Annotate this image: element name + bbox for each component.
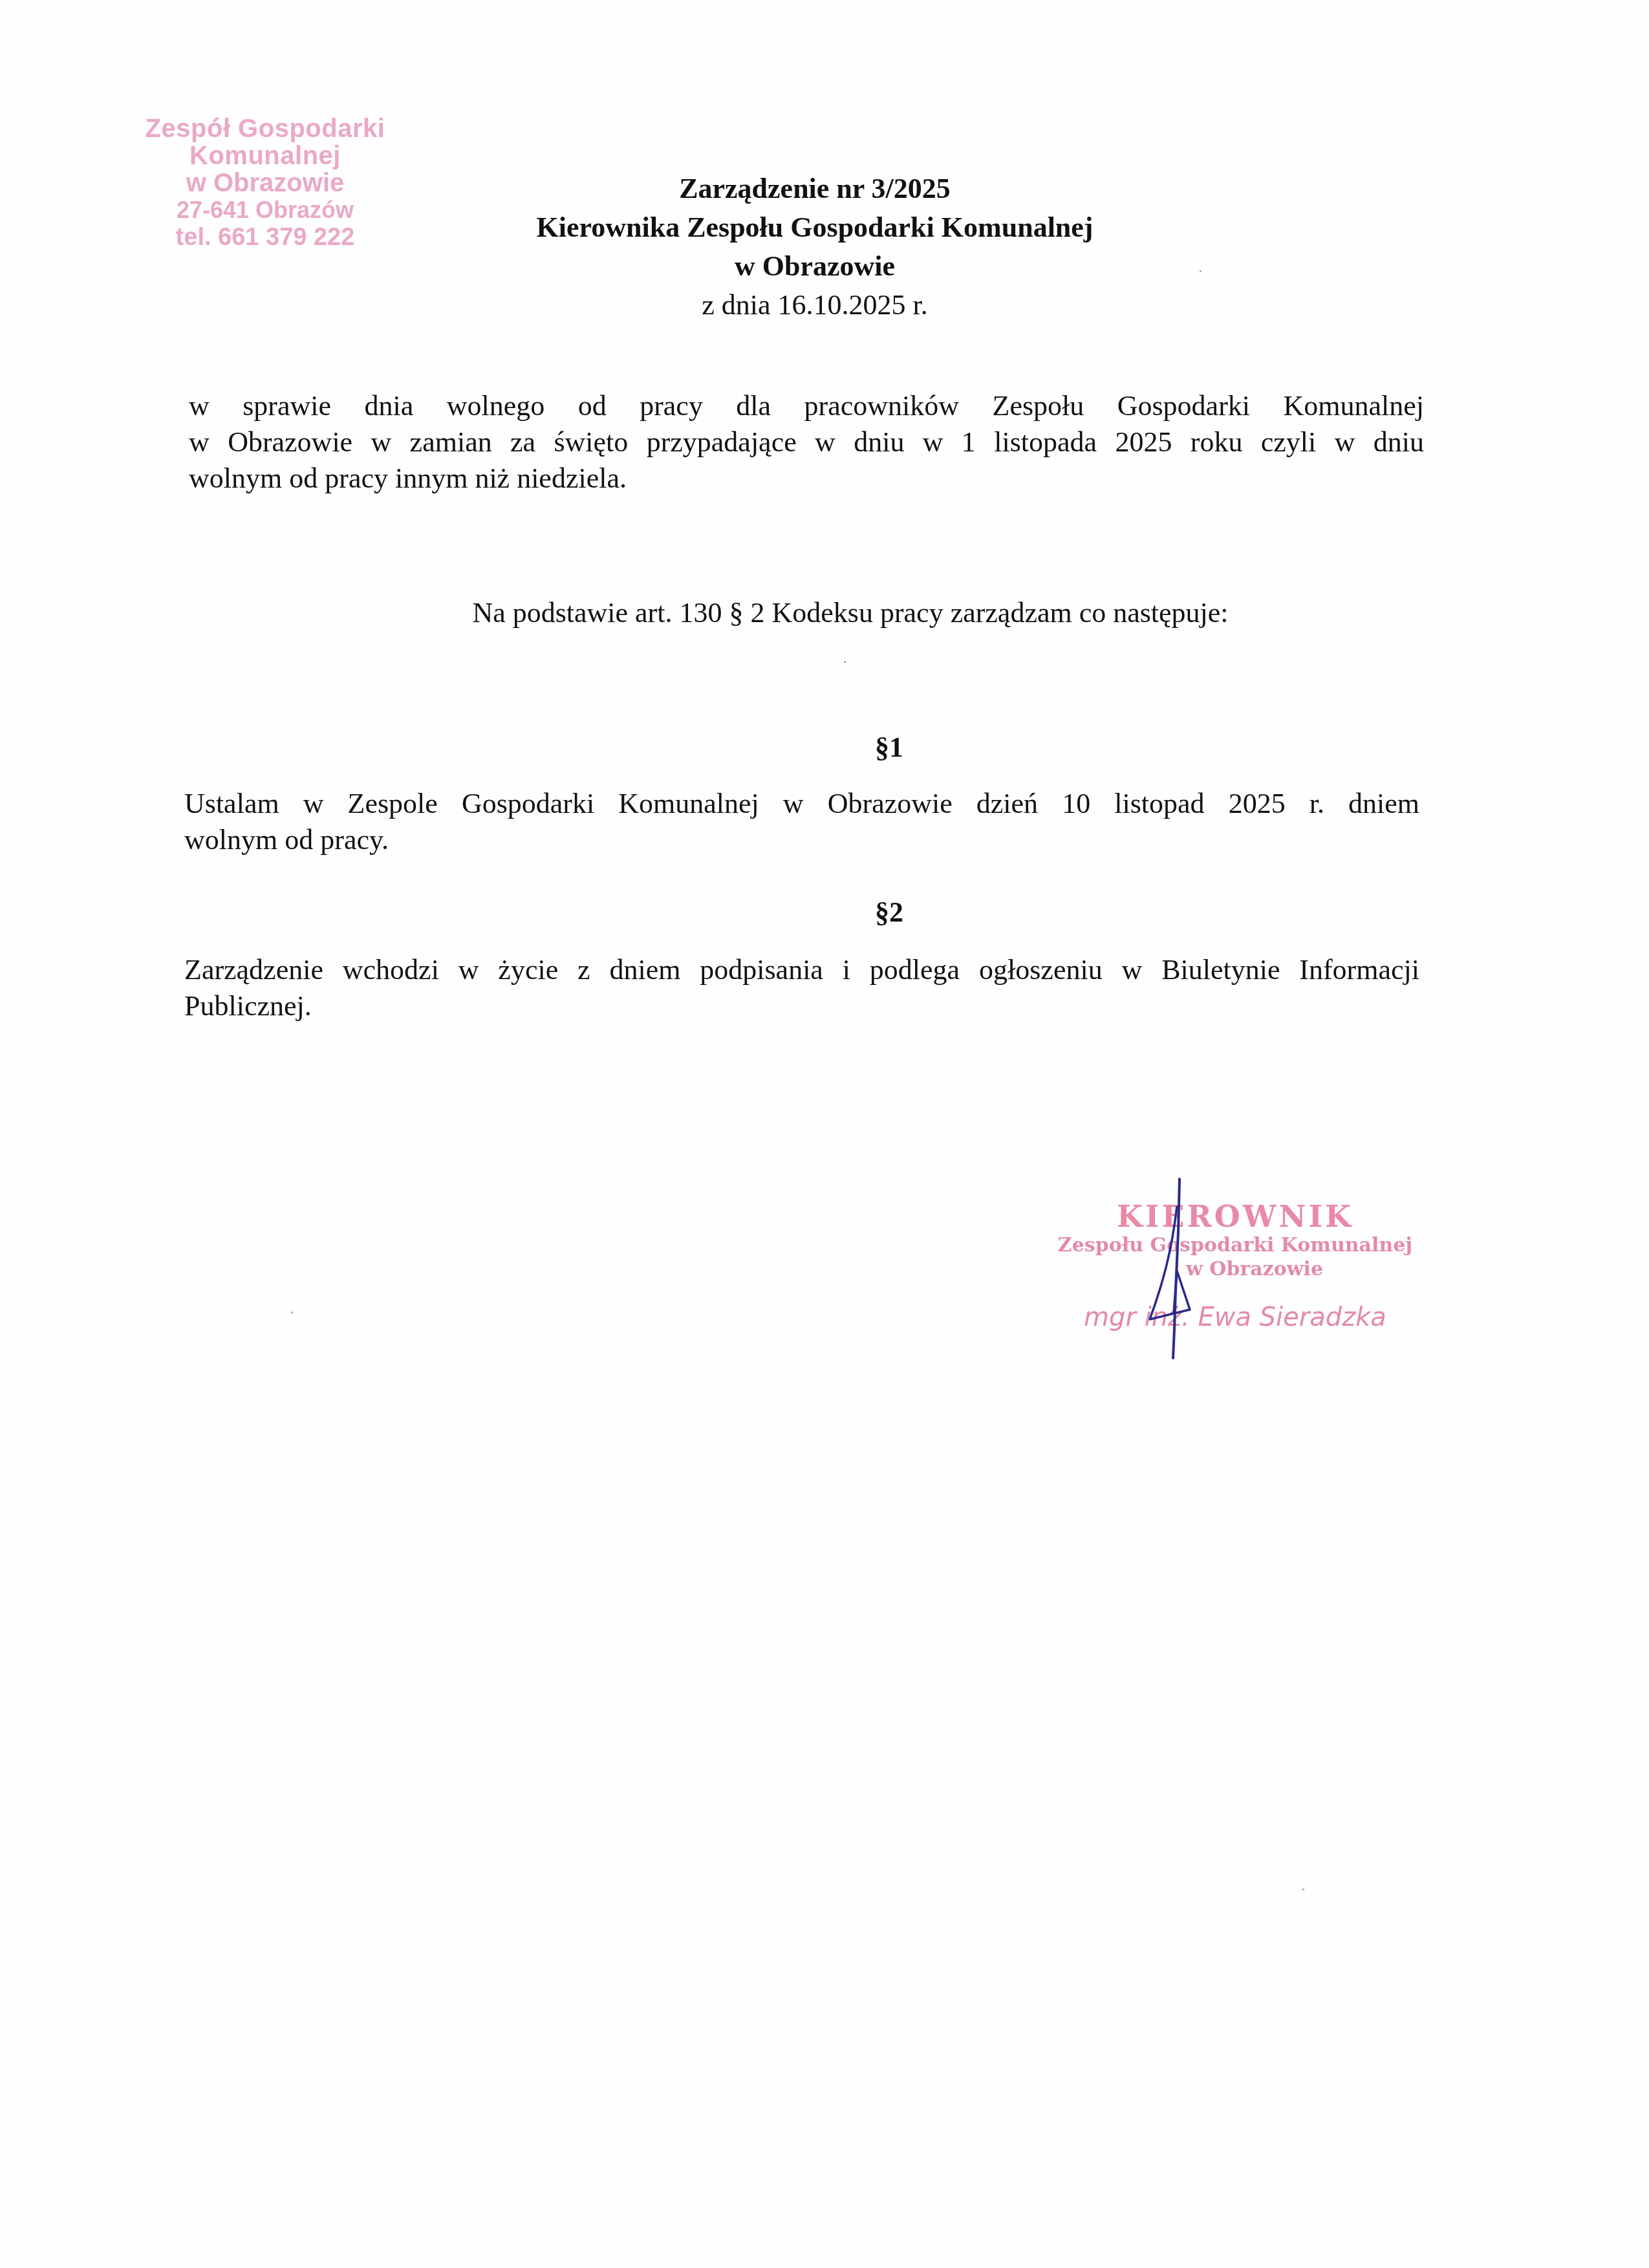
- company-stamp-name: Zespół Gospodarki Komunalnej: [78, 115, 453, 169]
- subject-line: w Obrazowie w zamian za święto przypadaj…: [189, 424, 1424, 460]
- legal-basis: Na podstawie art. 130 § 2 Kodeksu pracy …: [0, 595, 1649, 631]
- section-mark: §1: [0, 731, 1649, 764]
- section-text: Ustalam w Zespole Gospodarki Komunalnej …: [184, 786, 1419, 858]
- section-line: Zarządzenie wchodzi w życie z dniem podp…: [184, 952, 1419, 988]
- document-issuer: Kierownika Zespołu Gospodarki Komunalnej: [453, 208, 1177, 247]
- subject-line: w sprawie dnia wolnego od pracy dla prac…: [189, 388, 1424, 424]
- document-issuer-location: w Obrazowie: [453, 247, 1177, 286]
- section-line: Ustalam w Zespole Gospodarki Komunalnej …: [184, 786, 1419, 822]
- handwritten-signature-icon: [1138, 1174, 1242, 1361]
- section-mark: §2: [0, 896, 1649, 929]
- section-line: wolnym od pracy.: [184, 822, 1419, 858]
- document-title: Zarządzenie nr 3/2025: [453, 169, 1177, 208]
- document-subject: w sprawie dnia wolnego od pracy dla prac…: [189, 388, 1424, 497]
- scan-speck: [291, 1312, 293, 1313]
- document-header: Zarządzenie nr 3/2025 Kierownika Zespołu…: [0, 169, 1649, 325]
- scan-speck: [1302, 1888, 1304, 1890]
- section-text: Zarządzenie wchodzi w życie z dniem podp…: [184, 952, 1419, 1024]
- section-line: Publicznej.: [184, 988, 1419, 1024]
- subject-line: wolnym od pracy innym niż niedziela.: [189, 460, 1424, 497]
- document-page: Zespół Gospodarki Komunalnej w Obrazowie…: [0, 0, 1649, 2268]
- document-date: z dnia 16.10.2025 r.: [453, 286, 1177, 325]
- scan-speck: [844, 661, 846, 663]
- scan-speck: [1200, 270, 1202, 272]
